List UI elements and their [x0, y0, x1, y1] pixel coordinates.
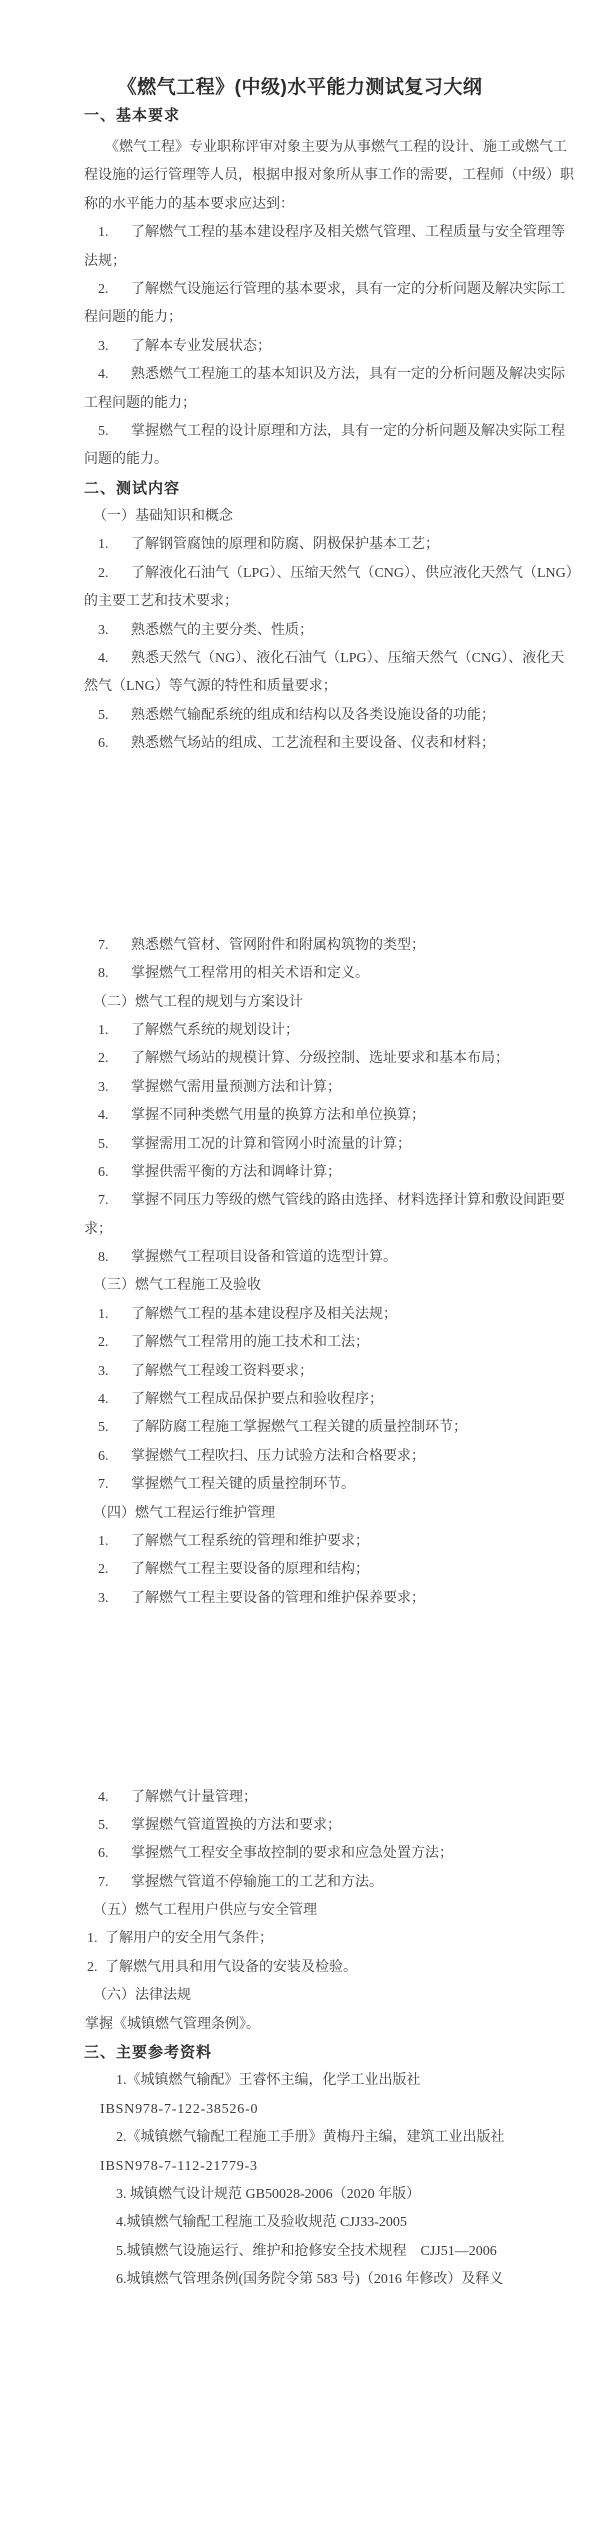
- reference-item: 1.《城镇燃气输配》王睿怀主编，化学工业出版社: [0, 2067, 600, 2095]
- list-item: 5.熟悉燃气输配系统的组成和结构以及各类设施设备的功能；: [0, 702, 600, 730]
- list-item-continuation: 程设施的运行管理等人员，根据申报对象所从事工作的需要，工程师（中级）职: [0, 162, 600, 190]
- list-item-number: 1.: [98, 1301, 131, 1329]
- list-item: 1.了解燃气系统的规划设计；: [0, 1017, 600, 1045]
- list-item-text: 掌握燃气工程吹扫、压力试验方法和合格要求；: [131, 1449, 425, 1464]
- list-item: 1.了解燃气工程的基本建设程序及相关法规；: [0, 1301, 600, 1329]
- list-item-number: 2.: [87, 1954, 105, 1982]
- list-item: 5.掌握需用工况的计算和管网小时流量的计算；: [0, 1131, 600, 1159]
- list-item-text: 掌握燃气需用量预测方法和计算；: [131, 1080, 341, 1095]
- list-item-number: 5.: [98, 702, 131, 730]
- list-item-text: 了解液化石油气（LPG）、压缩天然气（CNG）、供应液化天然气（LNG）: [131, 566, 580, 581]
- list-item-text: 了解燃气用具和用气设备的安装及检验。: [105, 1960, 357, 1975]
- list-item: 3.了解燃气工程竣工资料要求；: [0, 1358, 600, 1386]
- list-item-number: 2.: [98, 560, 131, 588]
- reference-item: 6.城镇燃气管理条例(国务院令第 583 号)（2016 年修改）及释义: [0, 2266, 600, 2294]
- list-item: 1.了解用户的安全用气条件；: [0, 1925, 600, 1953]
- list-item-number: 6.: [98, 1840, 131, 1868]
- list-item-continuation: 问题的能力。: [0, 446, 600, 474]
- list-item: 1.了解燃气工程的基本建设程序及相关燃气管理、工程质量与安全管理等: [0, 219, 600, 247]
- list-item-number: 2.: [98, 1045, 131, 1073]
- list-item-number: 1.: [98, 1528, 131, 1556]
- list-item: 5.掌握燃气工程的设计原理和方法，具有一定的分析问题及解决实际工程: [0, 418, 600, 446]
- list-item: 5.掌握燃气管道置换的方法和要求；: [0, 1812, 600, 1840]
- list-item-text: 了解燃气工程的基本建设程序及相关燃气管理、工程质量与安全管理等: [131, 225, 565, 240]
- list-item-text: 掌握燃气管道置换的方法和要求；: [131, 1818, 341, 1833]
- list-item-text: 熟悉燃气的主要分类、性质；: [131, 623, 313, 638]
- list-item-text: 了解防腐工程施工掌握燃气工程关键的质量控制环节；: [131, 1420, 467, 1435]
- subsection-heading: （二）燃气工程的规划与方案设计: [0, 989, 600, 1017]
- list-item-text: 熟悉燃气场站的组成、工艺流程和主要设备、仪表和材料；: [131, 736, 495, 751]
- paragraph-line: 掌握《城镇燃气管理条例》。: [0, 2011, 600, 2039]
- list-item: 6.掌握供需平衡的方法和调峰计算；: [0, 1159, 600, 1187]
- list-item-number: 1.: [87, 1925, 105, 1953]
- list-item-text: 了解燃气计量管理；: [131, 1790, 257, 1805]
- list-item-number: 1.: [98, 219, 131, 247]
- list-item: 3.掌握燃气需用量预测方法和计算；: [0, 1074, 600, 1102]
- list-item-number: 3.: [98, 617, 131, 645]
- list-item: 8.掌握燃气工程常用的相关术语和定义。: [0, 960, 600, 988]
- list-item-text: 了解钢管腐蚀的原理和防腐、阴极保护基本工艺；: [131, 537, 439, 552]
- list-item-number: 1.: [98, 1017, 131, 1045]
- list-item-number: 2.: [98, 1329, 131, 1357]
- list-item: 2.了解燃气设施运行管理的基本要求，具有一定的分析问题及解决实际工: [0, 276, 600, 304]
- list-item-number: 2.: [98, 276, 131, 304]
- page-break-gap: [0, 1613, 600, 1783]
- list-item-text: 了解燃气工程系统的管理和维护要求；: [131, 1534, 369, 1549]
- list-item: 2.了解燃气工程主要设备的原理和结构；: [0, 1556, 600, 1584]
- list-item: 3.了解本专业发展状态；: [0, 333, 600, 361]
- document-page: 《燃气工程》(中级)水平能力测试复习大纲一、基本要求《燃气工程》专业职称评审对象…: [0, 0, 600, 2546]
- list-item: 4.了解燃气工程成品保护要点和验收程序；: [0, 1386, 600, 1414]
- section-heading: 二、测试内容: [0, 475, 600, 503]
- list-item-number: 5.: [98, 418, 131, 446]
- list-item: 6.掌握燃气工程安全事故控制的要求和应急处置方法；: [0, 1840, 600, 1868]
- list-item-text: 了解用户的安全用气条件；: [105, 1931, 273, 1946]
- list-item-text: 了解燃气工程主要设备的原理和结构；: [131, 1562, 369, 1577]
- list-item-continuation: 的主要工艺和技术要求；: [0, 588, 600, 616]
- list-item-number: 7.: [98, 932, 131, 960]
- list-item-text: 了解燃气系统的规划设计；: [131, 1023, 299, 1038]
- list-item-number: 4.: [98, 361, 131, 389]
- list-item-number: 5.: [98, 1812, 131, 1840]
- list-item: 2.了解燃气工程常用的施工技术和工法；: [0, 1329, 600, 1357]
- list-item-text: 掌握燃气工程关键的质量控制环节。: [131, 1477, 355, 1492]
- list-item: 6.掌握燃气工程吹扫、压力试验方法和合格要求；: [0, 1443, 600, 1471]
- list-item-number: 4.: [98, 645, 131, 673]
- list-item-continuation: 程问题的能力；: [0, 304, 600, 332]
- list-item-text: 熟悉燃气输配系统的组成和结构以及各类设施设备的功能；: [131, 708, 495, 723]
- list-item-text: 掌握不同种类燃气用量的换算方法和单位换算；: [131, 1108, 425, 1123]
- list-item-text: 掌握不同压力等级的燃气管线的路由选择、材料选择计算和敷设间距要: [131, 1193, 565, 1208]
- isbn-line: IBSN978-7-112-21779-3: [0, 2153, 600, 2181]
- list-item-continuation: 法规；: [0, 248, 600, 276]
- list-item: 4.熟悉燃气工程施工的基本知识及方法，具有一定的分析问题及解决实际: [0, 361, 600, 389]
- list-item: 2.了解燃气用具和用气设备的安装及检验。: [0, 1954, 600, 1982]
- list-item-text: 掌握燃气工程安全事故控制的要求和应急处置方法；: [131, 1846, 453, 1861]
- list-item-text: 掌握供需平衡的方法和调峰计算；: [131, 1165, 341, 1180]
- list-item: 7.熟悉燃气管材、管网附件和附属构筑物的类型；: [0, 932, 600, 960]
- list-item: 1.了解燃气工程系统的管理和维护要求；: [0, 1528, 600, 1556]
- list-item-continuation: 求；: [0, 1216, 600, 1244]
- list-item-text: 了解燃气工程主要设备的管理和维护保养要求；: [131, 1591, 425, 1606]
- isbn-line: IBSN978-7-122-38526-0: [0, 2096, 600, 2124]
- list-item-number: 7.: [98, 1471, 131, 1499]
- subsection-heading: （六）法律法规: [0, 1982, 600, 2010]
- list-item: 7.掌握燃气管道不停输施工的工艺和方法。: [0, 1869, 600, 1897]
- list-item-text: 了解本专业发展状态；: [131, 339, 271, 354]
- list-item-text: 掌握燃气工程常用的相关术语和定义。: [131, 966, 369, 981]
- reference-item: 5.城镇燃气设施运行、维护和抢修安全技术规程 CJJ51—2006: [0, 2238, 600, 2266]
- list-item-number: 3.: [98, 1074, 131, 1102]
- subsection-heading: （一）基础知识和概念: [0, 503, 600, 531]
- list-item: 8.掌握燃气工程项目设备和管道的选型计算。: [0, 1244, 600, 1272]
- page-break-gap: [0, 759, 600, 932]
- paragraph-line: 《燃气工程》专业职称评审对象主要为从事燃气工程的设计、施工或燃气工: [0, 134, 600, 162]
- list-item-number: 3.: [98, 333, 131, 361]
- list-item-number: 7.: [98, 1187, 131, 1215]
- list-item-number: 3.: [98, 1358, 131, 1386]
- list-item-number: 6.: [98, 1443, 131, 1471]
- list-item-number: 3.: [98, 1585, 131, 1613]
- list-item-text: 了解燃气设施运行管理的基本要求，具有一定的分析问题及解决实际工: [131, 282, 565, 297]
- list-item-text: 熟悉燃气工程施工的基本知识及方法，具有一定的分析问题及解决实际: [131, 367, 565, 382]
- subsection-heading: （五）燃气工程用户供应与安全管理: [0, 1897, 600, 1925]
- subsection-heading: （四）燃气工程运行维护管理: [0, 1500, 600, 1528]
- list-item: 5.了解防腐工程施工掌握燃气工程关键的质量控制环节；: [0, 1414, 600, 1442]
- list-item-text: 了解燃气工程成品保护要点和验收程序；: [131, 1392, 383, 1407]
- reference-item: 2.《城镇燃气输配工程施工手册》黄梅丹主编，建筑工业出版社: [0, 2124, 600, 2152]
- list-item-number: 6.: [98, 730, 131, 758]
- list-item-text: 了解燃气工程常用的施工技术和工法；: [131, 1335, 369, 1350]
- reference-item: 4.城镇燃气输配工程施工及验收规范 CJJ33-2005: [0, 2209, 600, 2237]
- list-item-number: 4.: [98, 1102, 131, 1130]
- list-item-number: 1.: [98, 531, 131, 559]
- reference-item: 3. 城镇燃气设计规范 GB50028-2006（2020 年版）: [0, 2181, 600, 2209]
- list-item-text: 掌握燃气工程的设计原理和方法，具有一定的分析问题及解决实际工程: [131, 424, 565, 439]
- list-item-text: 熟悉燃气管材、管网附件和附属构筑物的类型；: [131, 938, 425, 953]
- list-item: 7.掌握燃气工程关键的质量控制环节。: [0, 1471, 600, 1499]
- list-item: 2.了解液化石油气（LPG）、压缩天然气（CNG）、供应液化天然气（LNG）: [0, 560, 600, 588]
- list-item-number: 5.: [98, 1414, 131, 1442]
- list-item: 6.熟悉燃气场站的组成、工艺流程和主要设备、仪表和材料；: [0, 730, 600, 758]
- list-item-number: 8.: [98, 1244, 131, 1272]
- subsection-heading: （三）燃气工程施工及验收: [0, 1272, 600, 1300]
- list-item-text: 熟悉天然气（NG）、液化石油气（LPG）、压缩天然气（CNG）、液化天: [131, 651, 564, 666]
- list-item: 2.了解燃气场站的规模计算、分级控制、选址要求和基本布局；: [0, 1045, 600, 1073]
- list-item-number: 7.: [98, 1869, 131, 1897]
- list-item: 4.掌握不同种类燃气用量的换算方法和单位换算；: [0, 1102, 600, 1130]
- list-item-continuation: 然气（LNG）等气源的特性和质量要求；: [0, 673, 600, 701]
- list-item-number: 4.: [98, 1784, 131, 1812]
- list-item-text: 了解燃气场站的规模计算、分级控制、选址要求和基本布局；: [131, 1051, 509, 1066]
- list-item: 3.了解燃气工程主要设备的管理和维护保养要求；: [0, 1585, 600, 1613]
- list-item-text: 掌握需用工况的计算和管网小时流量的计算；: [131, 1137, 411, 1152]
- list-item: 3.熟悉燃气的主要分类、性质；: [0, 617, 600, 645]
- list-item-number: 8.: [98, 960, 131, 988]
- list-item-text: 掌握燃气管道不停输施工的工艺和方法。: [131, 1875, 383, 1890]
- list-item-text: 了解燃气工程竣工资料要求；: [131, 1364, 313, 1379]
- list-item-continuation: 工程问题的能力；: [0, 390, 600, 418]
- list-item-number: 2.: [98, 1556, 131, 1584]
- document-title: 《燃气工程》(中级)水平能力测试复习大纲: [0, 74, 600, 102]
- list-item: 4.了解燃气计量管理；: [0, 1784, 600, 1812]
- list-item-number: 5.: [98, 1131, 131, 1159]
- section-heading: 一、基本要求: [0, 102, 600, 130]
- list-item-text: 掌握燃气工程项目设备和管道的选型计算。: [131, 1250, 397, 1265]
- list-item-text: 了解燃气工程的基本建设程序及相关法规；: [131, 1307, 397, 1322]
- list-item: 4.熟悉天然气（NG）、液化石油气（LPG）、压缩天然气（CNG）、液化天: [0, 645, 600, 673]
- list-item-number: 4.: [98, 1386, 131, 1414]
- list-item-continuation: 称的水平能力的基本要求应达到：: [0, 191, 600, 219]
- list-item: 1.了解钢管腐蚀的原理和防腐、阴极保护基本工艺；: [0, 531, 600, 559]
- section-heading: 三、主要参考资料: [0, 2039, 600, 2067]
- list-item-number: 6.: [98, 1159, 131, 1187]
- list-item: 7.掌握不同压力等级的燃气管线的路由选择、材料选择计算和敷设间距要: [0, 1187, 600, 1215]
